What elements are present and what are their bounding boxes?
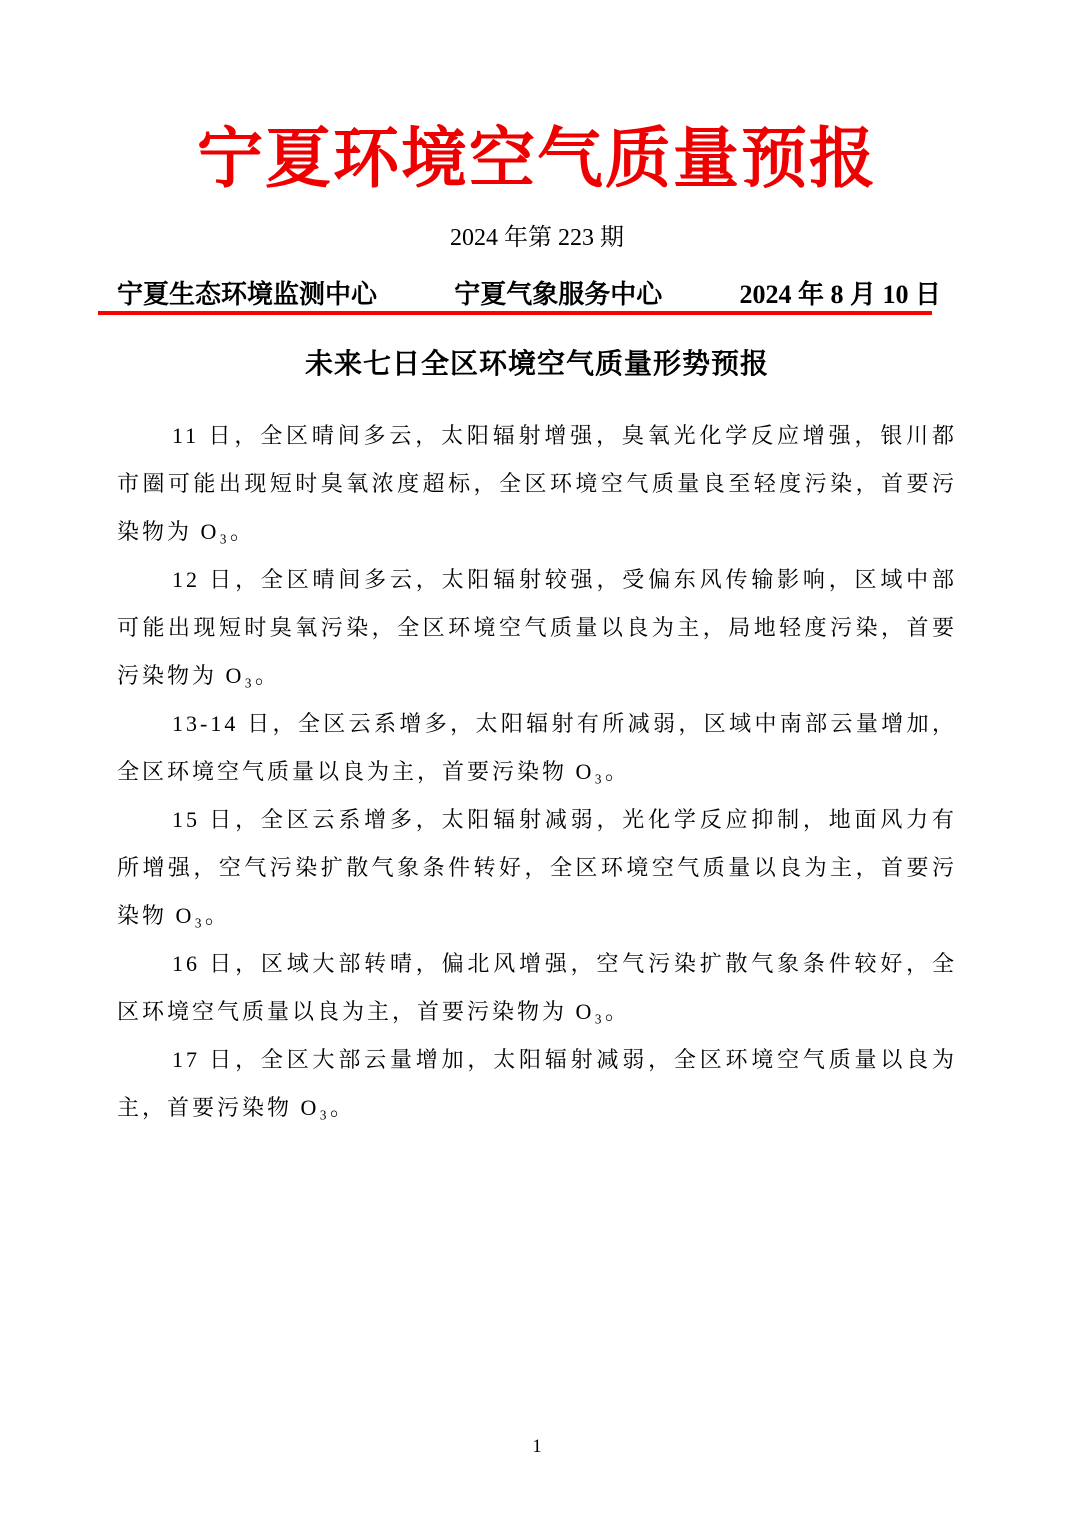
red-divider [98,311,932,315]
issuer-row: 宁夏生态环境监测中心 宁夏气象服务中心 2024 年 8 月 10 日 [117,279,941,310]
forecast-paragraph-day13-14: 13-14 日，全区云系增多，太阳辐射有所减弱，区域中南部云量增加，全区环境空气… [117,700,957,796]
forecast-body: 11 日，全区晴间多云，太阳辐射增强，臭氧光化学反应增强，银川都市圈可能出现短时… [117,412,957,1132]
document-page: 宁夏环境空气质量预报 2024 年第 223 期 宁夏生态环境监测中心 宁夏气象… [0,0,1074,1520]
forecast-paragraph-day12: 12 日，全区晴间多云，太阳辐射较强，受偏东风传输影响，区域中部可能出现短时臭氧… [117,556,957,700]
issuer-left: 宁夏生态环境监测中心 [117,279,377,310]
issue-date: 2024 年 8 月 10 日 [739,279,941,310]
forecast-paragraph-day16: 16 日，区域大部转晴，偏北风增强，空气污染扩散气象条件较好，全区环境空气质量以… [117,940,957,1036]
page-number: 1 [0,1435,1074,1458]
issue-number: 2024 年第 223 期 [0,224,1074,253]
issuer-middle: 宁夏气象服务中心 [454,279,662,310]
forecast-paragraph-day15: 15 日，全区云系增多，太阳辐射减弱，光化学反应抑制，地面风力有所增强，空气污染… [117,796,957,940]
page-title: 宁夏环境空气质量预报 [0,0,1074,200]
forecast-paragraph-day17: 17 日，全区大部云量增加，太阳辐射减弱，全区环境空气质量以良为主，首要污染物 … [117,1036,957,1132]
forecast-paragraph-day11: 11 日，全区晴间多云，太阳辐射增强，臭氧光化学反应增强，银川都市圈可能出现短时… [117,412,957,556]
section-heading: 未来七日全区环境空气质量形势预报 [0,348,1074,382]
